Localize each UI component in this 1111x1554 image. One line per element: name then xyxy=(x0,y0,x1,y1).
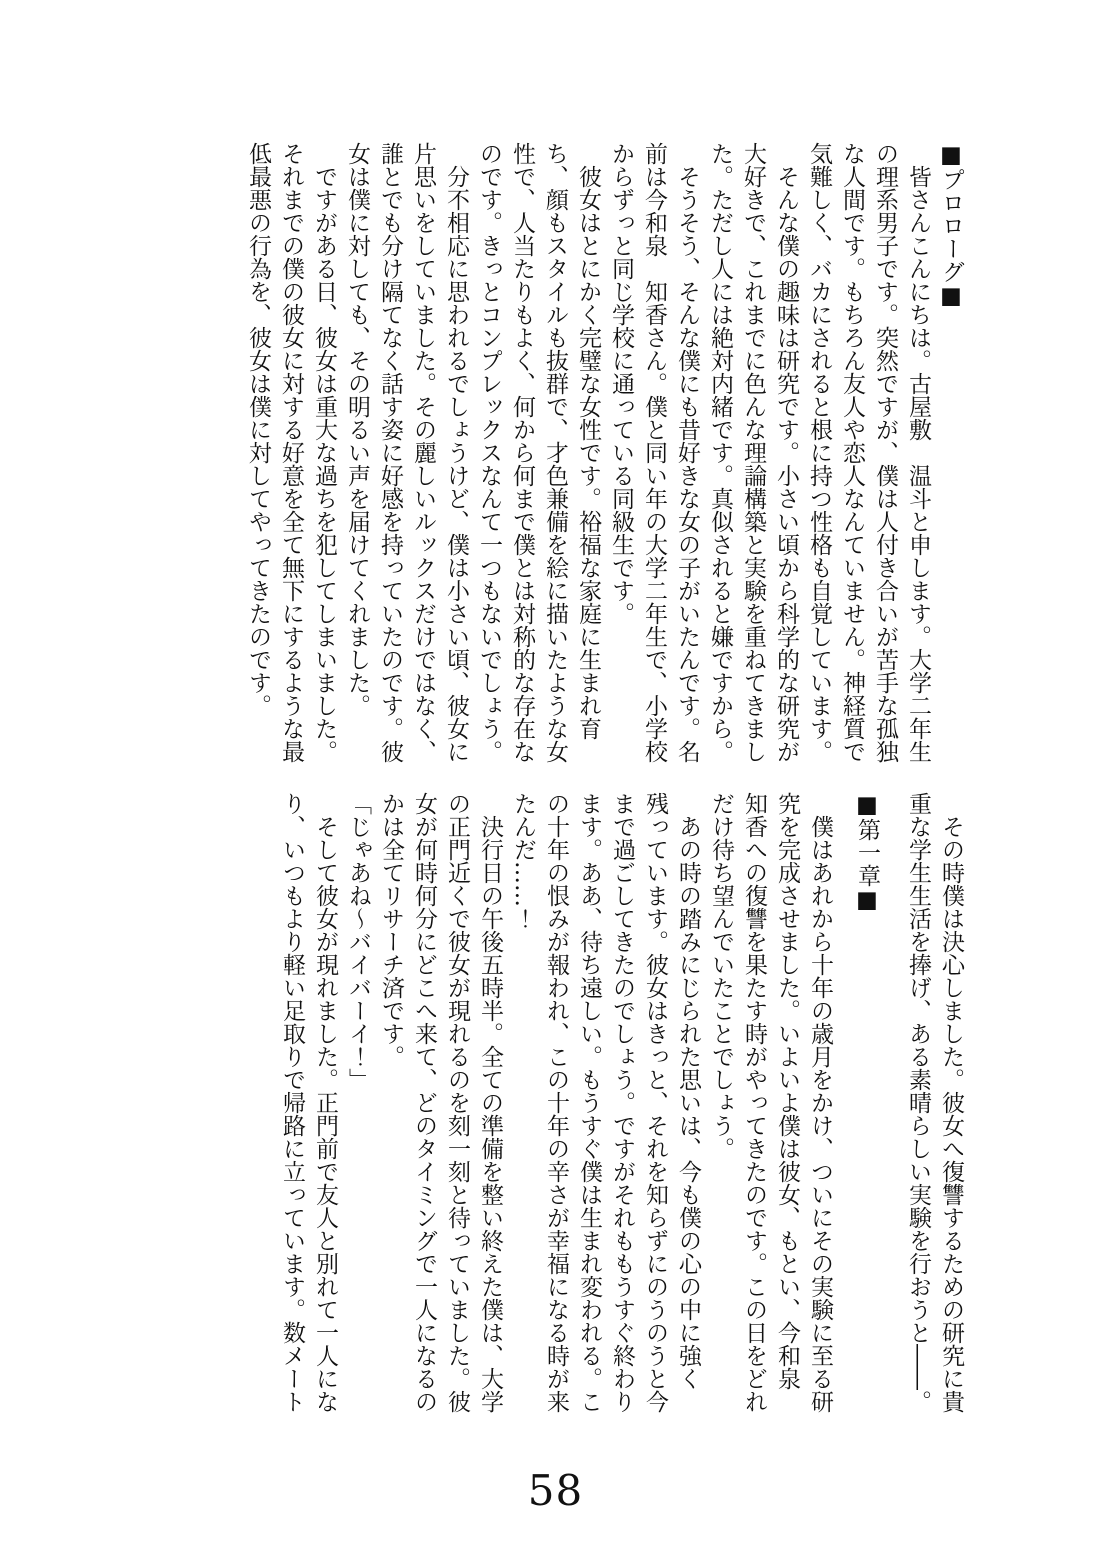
chapter1-paragraph-2: あの時の踏みにじられた思いは、今も僕の心の中に強く残っています。彼女はきっと、そ… xyxy=(506,792,704,1418)
prologue-heading: ■プロローグ■ xyxy=(934,142,967,768)
prologue-section: ■プロローグ■ 皆さんこんにちは。古屋敷 温斗と申します。大学二年生の理系男子で… xyxy=(159,142,967,768)
prologue-paragraph-4: 彼女はとにかく完璧な女性です。裕福な家庭に生まれ育ち、顔もスタイルも抜群で、才色… xyxy=(472,142,604,768)
chapter1-paragraph-1: 僕はあれから十年の歳月をかけ、ついにその実験に至る研究を完成させました。いよいよ… xyxy=(704,792,836,1418)
prologue-paragraph-6: ですがある日、彼女は重大な過ちを犯してしまいました。それまでの僕の彼女に対する好… xyxy=(241,142,340,768)
chapter1-paragraph-5: そして彼女が現れました。正門前で友人と別れて一人になり、いつもより軽い足取りで帰… xyxy=(275,792,341,1418)
chapter1-section: その時僕は決心しました。彼女へ復讐するための研究に貴重な学生生活を捧げ、ある素晴… xyxy=(159,792,967,1418)
page-number: 58 xyxy=(0,1466,1111,1515)
prologue-paragraph-1: 皆さんこんにちは。古屋敷 温斗と申します。大学二年生の理系男子です。突然ですが、… xyxy=(802,142,934,768)
document-page: ■プロローグ■ 皆さんこんにちは。古屋敷 温斗と申します。大学二年生の理系男子で… xyxy=(0,0,1111,1554)
prologue-closing-paragraph: その時僕は決心しました。彼女へ復讐するための研究に貴重な学生生活を捧げ、ある素晴… xyxy=(901,792,967,1418)
chapter1-paragraph-3: 決行日の午後五時半。全ての準備を整い終えた僕は、大学の正門近くで彼女が現れるのを… xyxy=(374,792,506,1418)
prologue-paragraph-2: そんな僕の趣味は研究です。小さい頃から科学的な研究が大好きで、これまでに色んな理… xyxy=(703,142,802,768)
prologue-paragraph-5: 分不相応に思われるでしょうけど、僕は小さい頃、彼女に片思いをしていました。その麗… xyxy=(340,142,472,768)
chapter1-dialogue-line: 「じゃあね～バイバーイ！」 xyxy=(341,792,374,1418)
prologue-paragraph-3: そうそう、そんな僕にも昔好きな女の子がいたんです。名前は今和泉 知香さん。僕と同… xyxy=(604,142,703,768)
chapter1-heading: ■第一章■ xyxy=(850,792,883,1418)
